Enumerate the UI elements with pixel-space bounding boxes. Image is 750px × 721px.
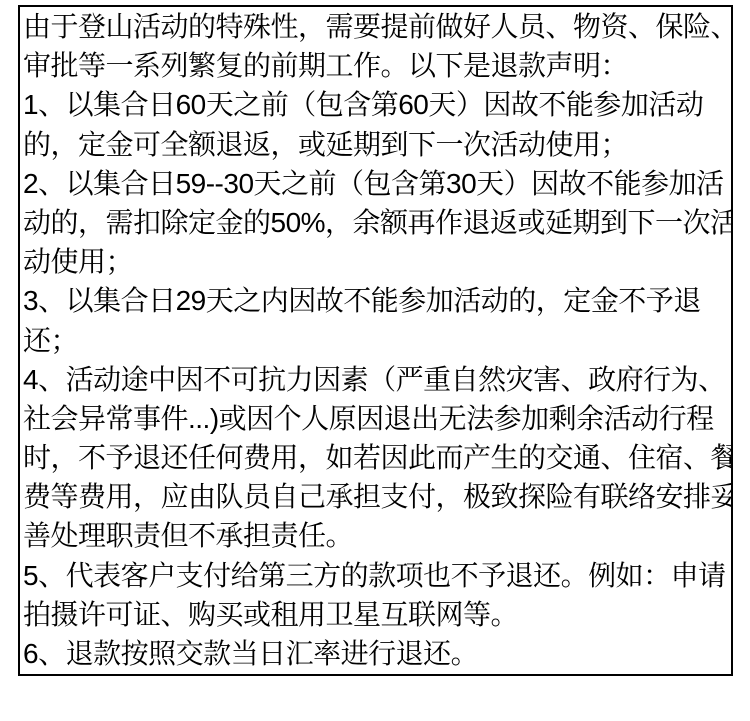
text-line: 费等费用，应由队员自己承担支付，极致探险有联络安排妥 [20,477,731,516]
text-line: 3、以集合日29天之内因故不能参加活动的，定金不予退 [20,281,731,320]
text-line: 动的，需扣除定金的50%，余额再作退返或延期到下一次活 [20,203,731,242]
refund-policy-document: 由于登山活动的特殊性，需要提前做好人员、物资、保险、 审批等一系列繁复的前期工作… [18,5,733,676]
text-line: 善处理职责但不承担责任。 [20,516,731,555]
text-line: 还； [20,321,731,360]
text-line: 动使用； [20,242,731,281]
text-line: 拍摄许可证、购买或租用卫星互联网等。 [20,595,731,634]
text-line: 社会异常事件...)或因个人原因退出无法参加剩余活动行程 [20,399,731,438]
text-line: 审批等一系列繁复的前期工作。以下是退款声明： [20,46,731,85]
text-line: 1、以集合日60天之前（包含第60天）因故不能参加活动 [20,85,731,124]
text-line: 由于登山活动的特殊性，需要提前做好人员、物资、保险、 [20,7,731,46]
text-line: 6、退款按照交款当日汇率进行退还。 [20,634,731,673]
text-line: 的，定金可全额退返，或延期到下一次活动使用； [20,125,731,164]
text-line: 2、以集合日59--30天之前（包含第30天）因故不能参加活 [20,164,731,203]
text-line: 5、代表客户支付给第三方的款项也不予退还。例如：申请 [20,556,731,595]
text-line: 时，不予退还任何费用，如若因此而产生的交通、住宿、餐 [20,438,731,477]
text-line: 4、活动途中因不可抗力因素（严重自然灾害、政府行为、 [20,360,731,399]
